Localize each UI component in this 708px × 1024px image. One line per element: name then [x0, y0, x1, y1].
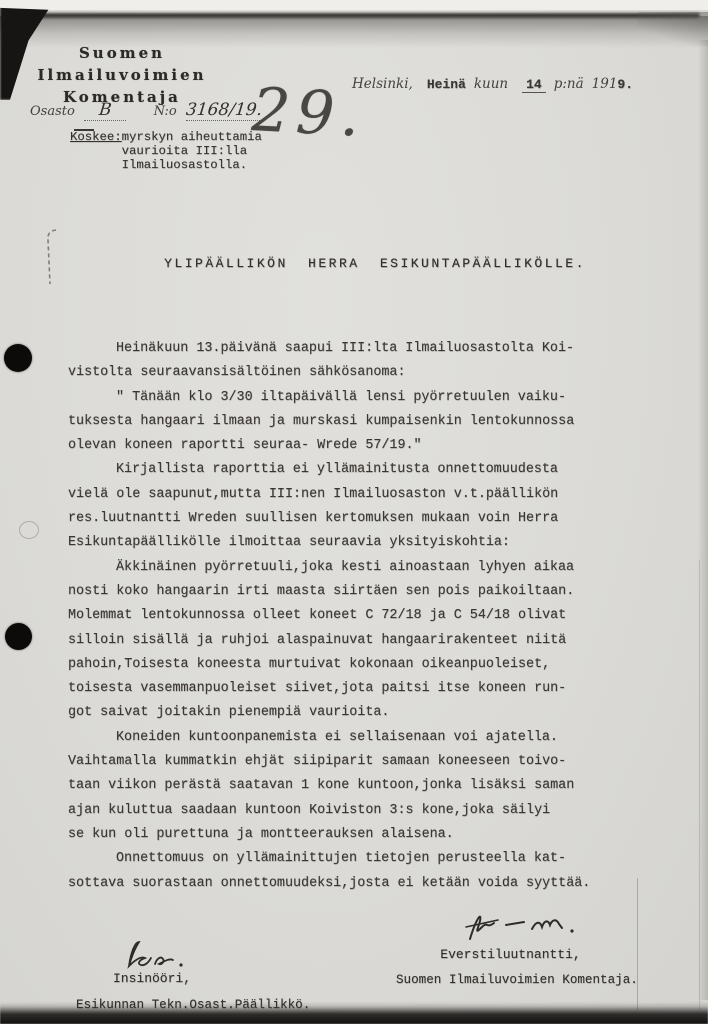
signature-left-org: Esikunnan Tekn.Osast.Päällikkö. [76, 998, 310, 1012]
hole-punch-top [4, 344, 32, 372]
body-paragraph: " Tänään klo 3/30 iltapäivällä lensi pyö… [68, 386, 630, 459]
registry-line: Osasto B N:o 3168/19. [30, 100, 270, 121]
handwritten-annotation-number: 29. [250, 75, 367, 151]
scanned-document: Suomen Ilmailuvoimien Komentaja Osasto B… [0, 0, 708, 1024]
body-paragraph: Kirjallista raporttia ei yllämainitusta … [68, 458, 630, 555]
signature-left-role: Insinööri, [113, 971, 191, 986]
body-paragraph: Onnettomuus on yllämainittujen tietojen … [68, 847, 630, 896]
dateline-day: 14 [522, 77, 546, 93]
dateline: Helsinki,Heinäkuun14p:nä1919. [352, 76, 633, 92]
body-paragraph: Koneiden kuntoonpanemista ei sellaisenaa… [68, 726, 630, 847]
osasto-label: Osasto [30, 104, 75, 119]
letterhead-line-1: Suomen [28, 42, 216, 64]
letter-body: Heinäkuun 13.päivänä saapui III:lta Ilma… [68, 337, 630, 896]
number-label: N:o [154, 104, 177, 119]
subject-block: Koskee:myrskyn aiheuttamia vaurioita III… [70, 131, 262, 172]
dateline-year-printed: 191 [592, 76, 618, 92]
paper-crease-right [699, 560, 700, 1010]
handwritten-signature-left [115, 936, 191, 974]
letterhead-line-2: Ilmailuvoimien [28, 64, 216, 86]
handwritten-signature-right [452, 905, 582, 947]
signature-right-org: Suomen Ilmailuvoimien Komentaja. [396, 973, 638, 987]
letterhead: Suomen Ilmailuvoimien Komentaja [28, 42, 216, 108]
recipient-heading: YLIPÄÄLLIKÖN HERRA ESIKUNTAPÄÄLLIKÖLLE. [95, 256, 655, 271]
subject-label: Koskee: [70, 131, 122, 172]
pencil-mark [42, 226, 60, 290]
signature-right-role: Everstiluutnantti, [428, 947, 593, 962]
dateline-pna: p:nä [554, 76, 584, 92]
hole-punch-bottom [5, 623, 32, 650]
body-paragraph: Heinäkuun 13.päivänä saapui III:lta Ilma… [68, 337, 630, 386]
dateline-year-digit: 9. [617, 77, 633, 92]
paper-crease [637, 878, 638, 1010]
dateline-month: Heinä [427, 77, 466, 92]
hole-punch-faint-ring [19, 521, 39, 539]
dateline-kuun: kuun [474, 76, 508, 92]
osasto-value-handwritten: B [98, 100, 113, 120]
subject-text: myrskyn aiheuttamia vaurioita III:lla Il… [122, 131, 262, 172]
body-paragraph: Äkkinäinen pyörretuuli,joka kesti ainoas… [68, 556, 630, 726]
